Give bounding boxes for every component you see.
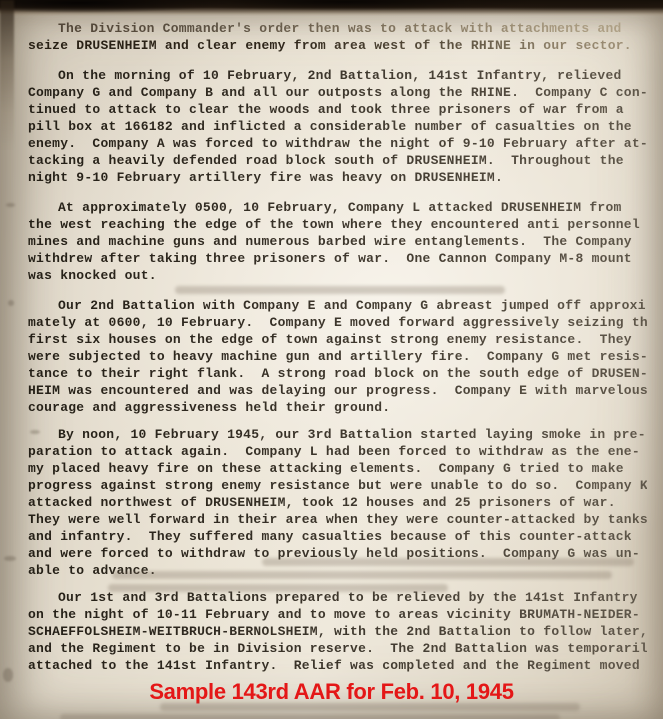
typed-line: mately at 0600, 10 February. Company E m… [28, 314, 647, 331]
paragraph-2nd-battalion: Our 2nd Battalion with Company E and Com… [28, 297, 647, 416]
typed-line: attacked northwest of DRUSENHEIM, took 1… [28, 494, 647, 511]
margin-smudge [3, 668, 13, 682]
typed-line: tinued to attack to clear the woods and … [28, 101, 647, 118]
margin-smudge [6, 203, 15, 207]
paragraph-company-l-attack: At approximately 0500, 10 February, Comp… [28, 199, 647, 284]
typed-line: Our 2nd Battalion with Company E and Com… [28, 297, 647, 314]
typed-line: At approximately 0500, 10 February, Comp… [28, 199, 647, 216]
paragraph-opening: The Division Commander's order then was … [28, 20, 647, 54]
typed-line: and infantry. They suffered many casualt… [28, 528, 647, 545]
typed-line: night 9-10 February artillery fire was h… [28, 169, 647, 186]
bleed-through-ghost-line [108, 584, 448, 592]
typed-line: first six houses on the edge of town aga… [28, 331, 647, 348]
typed-line: Company G and Company B and all our outp… [28, 84, 647, 101]
typed-line: courage and aggressiveness held their gr… [28, 399, 647, 416]
scanned-document-page: The Division Commander's order then was … [0, 0, 663, 719]
scan-left-edge-artifact [0, 0, 14, 150]
typed-line: enemy. Company A was forced to withdraw … [28, 135, 647, 152]
paragraph-relief: Our 1st and 3rd Battalions prepared to b… [28, 589, 647, 674]
bleed-through-ghost-line [60, 714, 560, 719]
typed-line: By noon, 10 February 1945, our 3rd Batta… [28, 426, 647, 443]
paragraph-morning-10-feb: On the morning of 10 February, 2nd Batta… [28, 67, 647, 186]
bleed-through-ghost-line [160, 703, 580, 711]
paragraph-by-noon: By noon, 10 February 1945, our 3rd Batta… [28, 426, 647, 579]
typed-line: On the morning of 10 February, 2nd Batta… [28, 67, 647, 84]
typed-line: attached to the 141st Infantry. Relief w… [28, 657, 647, 674]
typed-line: were subjected to heavy machine gun and … [28, 348, 647, 365]
typed-line: The Division Commander's order then was … [28, 20, 647, 37]
typed-line: progress against strong enemy resistance… [28, 477, 647, 494]
typed-line: They were well forward in their area whe… [28, 511, 647, 528]
typed-line: seize DRUSENHEIM and clear enemy from ar… [28, 37, 647, 54]
typed-line: on the night of 10-11 February and to mo… [28, 606, 647, 623]
typed-line: and the Regiment to be in Division reser… [28, 640, 647, 657]
typed-line: tacking a heavily defended road block so… [28, 152, 647, 169]
margin-smudge [4, 556, 16, 561]
margin-smudge [30, 430, 40, 434]
bleed-through-ghost-line [112, 571, 612, 579]
typed-line: pill box at 166182 and inflicted a consi… [28, 118, 647, 135]
typed-line: paration to attack again. Company L had … [28, 443, 647, 460]
typed-line: mines and machine guns and numerous barb… [28, 233, 647, 250]
typed-line: HEIM was encountered and was delaying ou… [28, 382, 647, 399]
typed-line: my placed heavy fire on these attacking … [28, 460, 647, 477]
typed-line: tance to their right flank. A strong roa… [28, 365, 647, 382]
bleed-through-ghost-line [175, 286, 505, 294]
scan-top-edge-artifact [0, 0, 663, 16]
typed-line: was knocked out. [28, 267, 647, 284]
bleed-through-ghost-line [262, 558, 634, 566]
typed-line: the west reaching the edge of the town w… [28, 216, 647, 233]
sample-caption: Sample 143rd AAR for Feb. 10, 1945 [0, 679, 663, 705]
typed-line: withdrew after taking three prisoners of… [28, 250, 647, 267]
typed-line: SCHAEFFOLSHEIM-WEITBRUCH-BERNOLSHEIM, wi… [28, 623, 647, 640]
margin-smudge [8, 300, 14, 306]
